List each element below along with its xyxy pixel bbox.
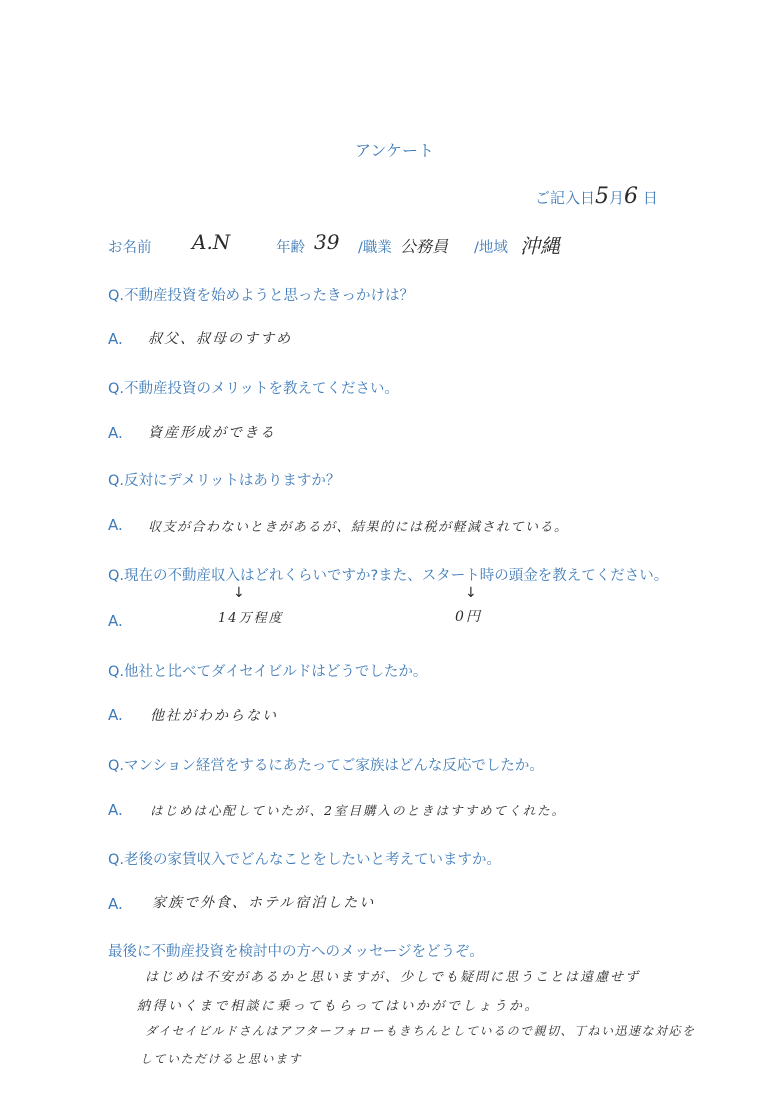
message-prompt: 最後に不動産投資を検討中の方へのメッセージをどうぞ。 bbox=[108, 940, 484, 961]
answer-label-5: A. bbox=[108, 706, 123, 724]
answer-label-6: A. bbox=[108, 801, 123, 819]
name-value: A.N bbox=[192, 230, 230, 254]
date-day-value: 6 bbox=[624, 184, 638, 209]
message-line-1: はじめは不安があるかと思いますが、少しでも疑問に思うことは遠慮せず bbox=[145, 966, 640, 985]
question-5: Q.他社と比べてダイセイビルドはどうでしたか。 bbox=[108, 660, 427, 681]
answer-5: 他社がわからない bbox=[150, 705, 278, 725]
occupation-value: 公務員 bbox=[400, 234, 448, 257]
question-7: Q.老後の家賃収入でどんなことをしたいと考えていますか。 bbox=[108, 848, 501, 869]
answer-4-income: 14万程度 bbox=[218, 607, 284, 626]
date-month-value: 5 bbox=[595, 184, 609, 209]
answer-label-1: A. bbox=[108, 330, 123, 348]
answer-label-7: A. bbox=[108, 895, 123, 913]
name-label: お名前 bbox=[108, 236, 152, 257]
answer-4-downpayment: 0円 bbox=[455, 606, 482, 626]
answer-label-4: A. bbox=[108, 612, 123, 630]
answer-1: 叔父、叔母のすすめ bbox=[148, 328, 292, 348]
date-month-unit: 月 bbox=[609, 189, 624, 207]
question-1: Q.不動産投資を始めようと思ったきっかけは？ bbox=[108, 284, 414, 305]
message-line-4: していただけると思います bbox=[140, 1050, 302, 1067]
answer-3: 収支が合わないときがあるが、結果的には税が軽減されている。 bbox=[148, 516, 569, 535]
occupation-label: /職業 bbox=[358, 236, 392, 257]
question-3: Q.反対にデメリットはありますか？ bbox=[108, 469, 340, 490]
question-4: Q.現在の不動産収入はどれくらいですか?また、スタート時の頭金を教えてください。 bbox=[108, 564, 668, 585]
question-6: Q.マンション経営をするにあたってご家族はどんな反応でしたか。 bbox=[108, 754, 544, 775]
answer-label-3: A. bbox=[108, 516, 123, 534]
message-line-3: ダイセイビルドさんはアフターフォローもきちんとしているので親切、丁ねい迅速な対応… bbox=[145, 1022, 696, 1039]
answer-2: 資産形成ができる bbox=[148, 422, 276, 442]
region-value: 沖縄 bbox=[520, 230, 560, 259]
age-label: 年齢 bbox=[276, 236, 305, 257]
profile-row: お名前 A.N 年齢 39 /職業 公務員 /地域 沖縄 bbox=[108, 232, 708, 262]
answer-label-2: A. bbox=[108, 424, 123, 442]
region-label: /地域 bbox=[474, 236, 508, 257]
answer-6: はじめは心配していたが、2室目購入のときはすすめてくれた。 bbox=[150, 801, 566, 819]
page-title: アンケート bbox=[355, 138, 434, 161]
age-value: 39 bbox=[314, 230, 339, 254]
arrow-down-icon: ↓ bbox=[465, 585, 477, 601]
date-field: ご記入日5月6 日 bbox=[535, 184, 658, 209]
message-line-2: 納得いくまで相談に乗ってもらってはいかがでしょうか。 bbox=[137, 995, 540, 1014]
answer-7: 家族で外食、ホテル宿泊したい bbox=[152, 892, 375, 912]
date-label: ご記入日 bbox=[535, 189, 595, 207]
arrow-down-icon: ↓ bbox=[233, 585, 245, 601]
question-2: Q.不動産投資のメリットを教えてください。 bbox=[108, 377, 399, 398]
date-day-unit: 日 bbox=[643, 189, 658, 207]
